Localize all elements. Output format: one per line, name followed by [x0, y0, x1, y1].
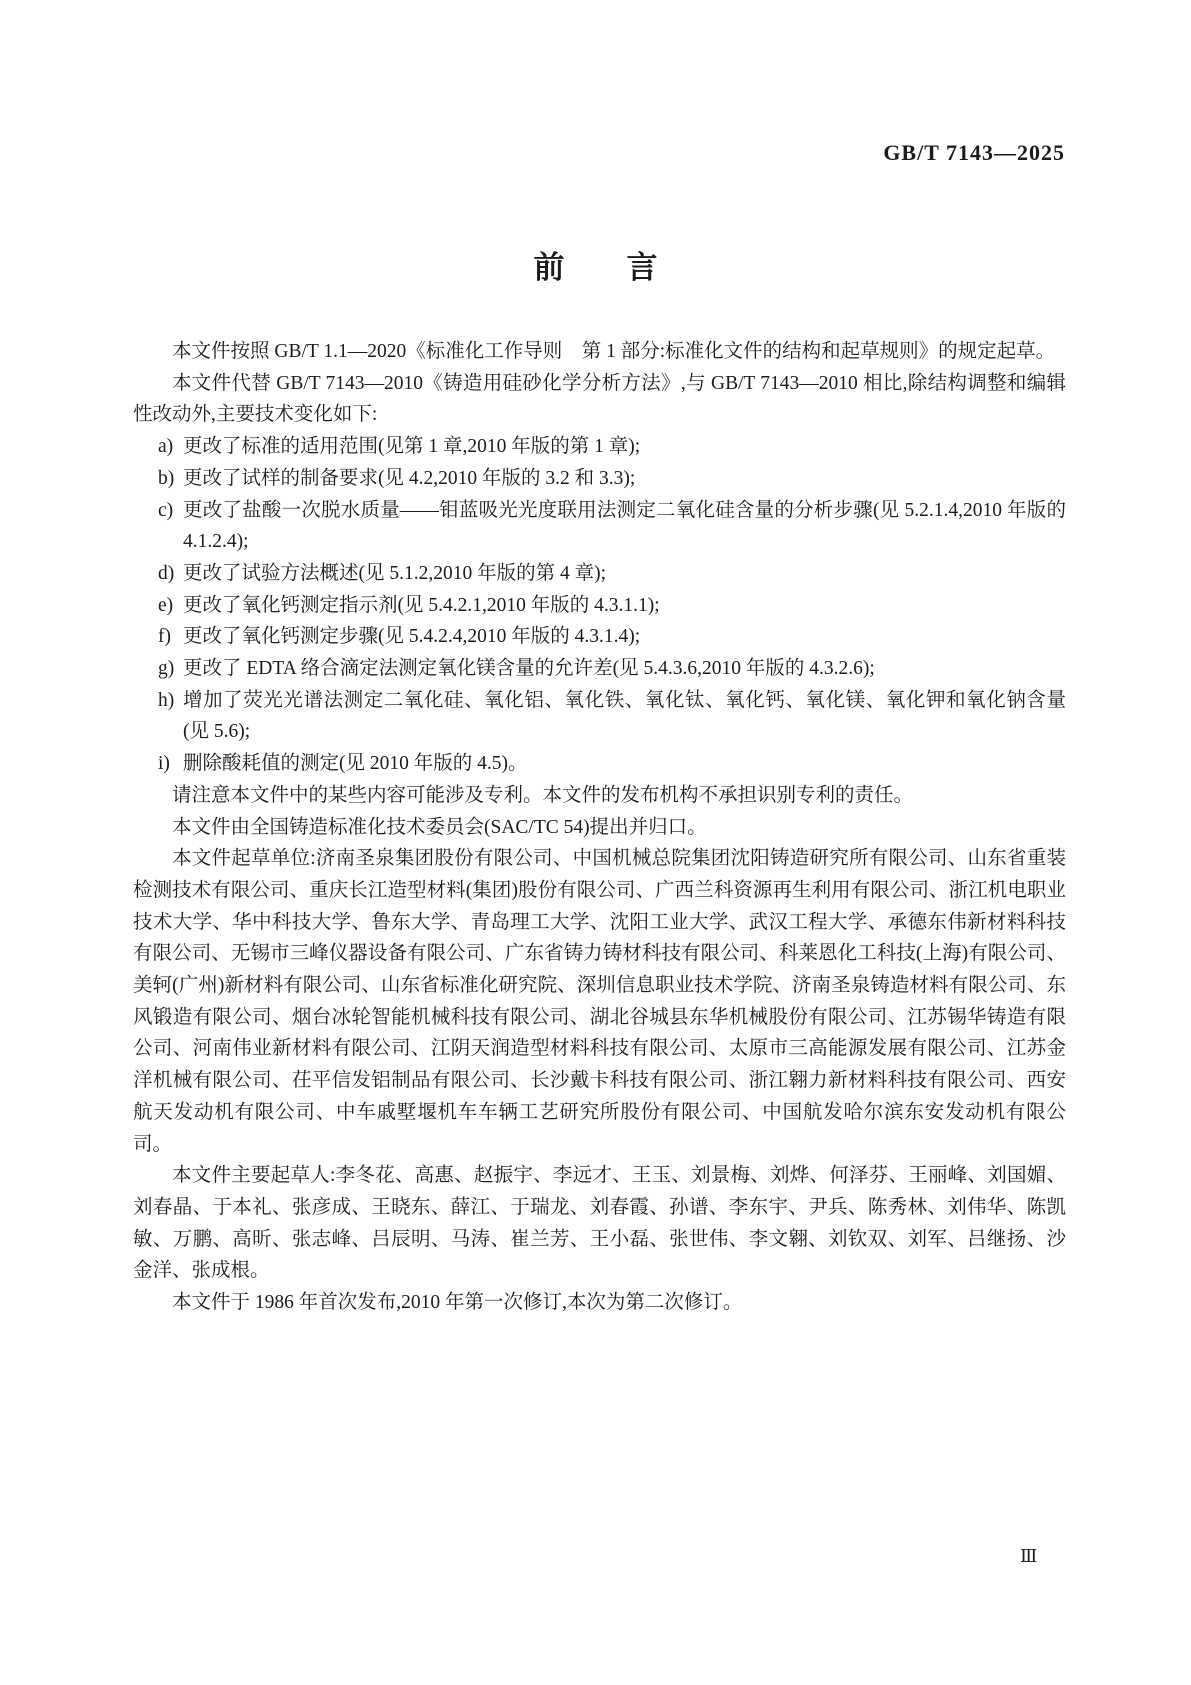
change-item-label: b): [158, 463, 174, 495]
paragraph-basis: 本文件按照 GB/T 1.1—2020《标准化工作导则 第 1 部分:标准化文件…: [133, 336, 1066, 368]
change-item-text: 更改了盐酸一次脱水质量——钼蓝吸光光度联用法测定二氧化硅含量的分析步骤(见 5.…: [183, 500, 1066, 553]
document-page: GB/T 7143—2025 前 言 本文件按照 GB/T 1.1—2020《标…: [0, 0, 1191, 1685]
change-item-label: a): [158, 431, 173, 463]
paragraph-committee: 本文件由全国铸造标准化技术委员会(SAC/TC 54)提出并归口。: [133, 812, 1066, 844]
change-item-label: e): [158, 590, 173, 622]
change-item-label: i): [158, 748, 170, 780]
change-item: c) 更改了盐酸一次脱水质量——钼蓝吸光光度联用法测定二氧化硅含量的分析步骤(见…: [133, 495, 1066, 558]
change-item-text: 增加了荧光光谱法测定二氧化硅、氧化铝、氧化铁、氧化钛、氧化钙、氧化镁、氧化钾和氧…: [183, 690, 1066, 743]
change-item-text: 更改了氧化钙测定指示剂(见 5.4.2.1,2010 年版的 4.3.1.1);: [183, 595, 660, 616]
paragraph-replaces: 本文件代替 GB/T 7143—2010《铸造用硅砂化学分析方法》,与 GB/T…: [133, 368, 1066, 431]
change-item-label: d): [158, 558, 174, 590]
change-item-label: g): [158, 653, 174, 685]
paragraph-revision-history: 本文件于 1986 年首次发布,2010 年第一次修订,本次为第二次修订。: [133, 1287, 1066, 1319]
paragraph-drafters: 本文件主要起草人:李冬花、高惠、赵振宇、李远才、王玉、刘景梅、刘烨、何泽芬、王丽…: [133, 1160, 1066, 1287]
change-item-text: 更改了试验方法概述(见 5.1.2,2010 年版的第 4 章);: [183, 563, 606, 584]
page-number: Ⅲ: [1020, 1546, 1038, 1567]
change-item: e) 更改了氧化钙测定指示剂(见 5.4.2.1,2010 年版的 4.3.1.…: [133, 590, 1066, 622]
change-item-label: h): [158, 685, 174, 717]
paragraph-drafting-units: 本文件起草单位:济南圣泉集团股份有限公司、中国机械总院集团沈阳铸造研究所有限公司…: [133, 843, 1066, 1160]
change-item: h) 增加了荧光光谱法测定二氧化硅、氧化铝、氧化铁、氧化钛、氧化钙、氧化镁、氧化…: [133, 685, 1066, 748]
change-item-text: 更改了 EDTA 络合滴定法测定氧化镁含量的允许差(见 5.4.3.6,2010…: [183, 658, 875, 679]
foreword-body: 本文件按照 GB/T 1.1—2020《标准化工作导则 第 1 部分:标准化文件…: [133, 336, 1066, 1319]
change-item: b) 更改了试样的制备要求(见 4.2,2010 年版的 3.2 和 3.3);: [133, 463, 1066, 495]
change-item-text: 删除酸耗值的测定(见 2010 年版的 4.5)。: [183, 753, 528, 774]
change-item-text: 更改了试样的制备要求(见 4.2,2010 年版的 3.2 和 3.3);: [183, 468, 635, 489]
change-item: g) 更改了 EDTA 络合滴定法测定氧化镁含量的允许差(见 5.4.3.6,2…: [133, 653, 1066, 685]
change-list: a) 更改了标准的适用范围(见第 1 章,2010 年版的第 1 章); b) …: [133, 431, 1066, 780]
change-item-label: c): [158, 495, 173, 527]
change-item: a) 更改了标准的适用范围(见第 1 章,2010 年版的第 1 章);: [133, 431, 1066, 463]
page-title: 前 言: [0, 242, 1191, 287]
change-item-text: 更改了标准的适用范围(见第 1 章,2010 年版的第 1 章);: [183, 436, 640, 457]
change-item-label: f): [158, 621, 171, 653]
change-item: d) 更改了试验方法概述(见 5.1.2,2010 年版的第 4 章);: [133, 558, 1066, 590]
change-item: f) 更改了氧化钙测定步骤(见 5.4.2.4,2010 年版的 4.3.1.4…: [133, 621, 1066, 653]
change-item: i) 删除酸耗值的测定(见 2010 年版的 4.5)。: [133, 748, 1066, 780]
change-item-text: 更改了氧化钙测定步骤(见 5.4.2.4,2010 年版的 4.3.1.4);: [183, 626, 640, 647]
standard-number: GB/T 7143—2025: [883, 140, 1065, 166]
paragraph-patent-notice: 请注意本文件中的某些内容可能涉及专利。本文件的发布机构不承担识别专利的责任。: [133, 780, 1066, 812]
